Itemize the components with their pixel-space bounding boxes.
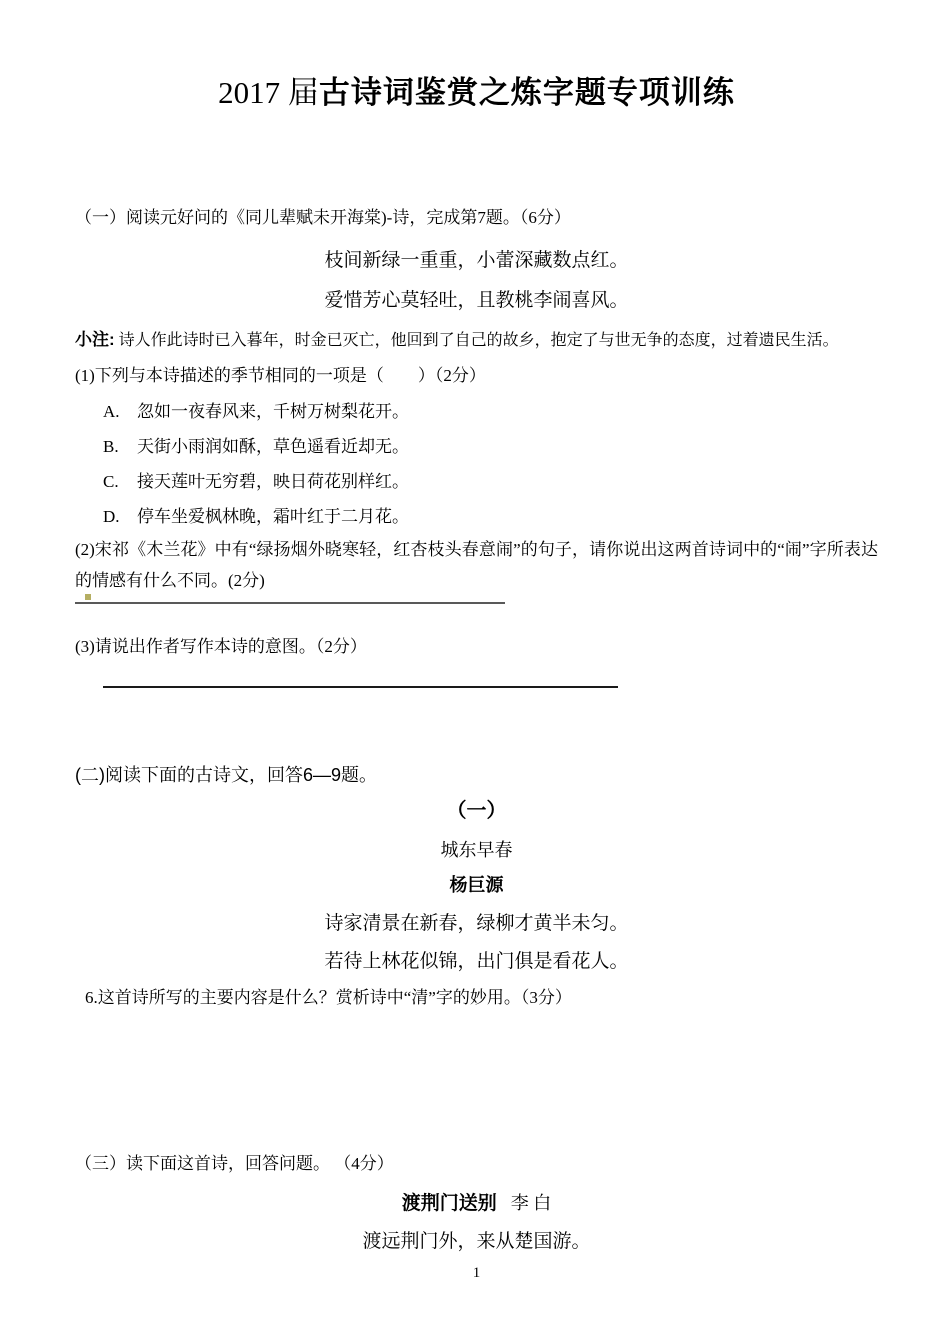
question-2: (2)宋祁《木兰花》中有“绿扬烟外晓寒轻，红杏枝头春意闹”的句子，请你说出这两首…	[75, 534, 878, 596]
exam-paper-page: 2017 届古诗词鉴赏之炼字题专项训练 （一）阅读元好问的《同儿辈赋未开海棠)-…	[0, 0, 950, 1344]
section3-poem-line-1: 渡远荆门外，来从楚国游。	[75, 1229, 878, 1255]
section1-header: （一）阅读元好问的《同儿辈赋未开海棠)-诗，完成第7题。（6分）	[75, 205, 878, 231]
page-title-year: 2017 届	[218, 75, 319, 110]
option-d: D.停车坐爱枫林晚，霜叶红于二月花。	[103, 504, 878, 530]
question-1: (1)下列与本诗描述的季节相同的一项是（ ）（2分）	[75, 363, 878, 389]
note-text: 诗人作此诗时已入暮年，时金已灭亡，他回到了自己的故乡，抱定了与世无争的态度，过着…	[119, 332, 839, 349]
page-number: 1	[75, 1263, 878, 1283]
question-3: (3)请说出作者写作本诗的意图。（2分）	[75, 634, 878, 660]
section2-poem-title: 城东早春	[75, 837, 878, 863]
option-c-label: C.	[103, 469, 137, 495]
question-6: 6.这首诗所写的主要内容是什么？赏析诗中“清”字的妙用。（3分）	[85, 985, 878, 1011]
section2-poem-line-2: 若待上林花似锦，出门俱是看花人。	[75, 949, 878, 975]
answer-rule-1-line	[75, 602, 505, 604]
answer-rule-2	[103, 682, 618, 688]
option-d-label: D.	[103, 504, 137, 530]
note-label: 小注:	[75, 330, 115, 349]
option-c-text: 接天莲叶无穷碧，映日荷花别样红。	[137, 472, 409, 491]
comment-marker-square	[85, 594, 91, 600]
option-b-label: B.	[103, 434, 137, 460]
section2-poem-line-1: 诗家清景在新春，绿柳才黄半未匀。	[75, 911, 878, 937]
section3-title-line: 渡荆门送别李 白	[75, 1189, 878, 1219]
section2-poet: 杨巨源	[75, 872, 878, 898]
answer-rule-1	[75, 596, 505, 604]
option-b: B.天街小雨润如酥，草色遥看近却无。	[103, 434, 878, 460]
section3-poem-title: 渡荆门送别	[402, 1193, 497, 1214]
option-d-text: 停车坐爱枫林晚，霜叶红于二月花。	[137, 507, 409, 526]
section3-poet: 李 白	[511, 1193, 552, 1213]
page-title-text: 古诗词鉴赏之炼字题专项训练	[319, 75, 735, 110]
poem-note: 小注:诗人作此诗时已入暮年，时金已灭亡，他回到了自己的故乡，抱定了与世无争的态度…	[75, 327, 878, 354]
section2-header: (二)阅读下面的古诗文，回答6—9题。	[75, 762, 878, 788]
section3-header: （三）读下面这首诗，回答问题。 （4分）	[75, 1151, 878, 1177]
option-a-text: 忽如一夜春风来，千树万树梨花开。	[137, 402, 409, 421]
section1-poem-line-1: 枝间新绿一重重，小蕾深藏数点红。	[75, 248, 878, 274]
page-title: 2017 届古诗词鉴赏之炼字题专项训练	[75, 70, 878, 116]
option-a-label: A.	[103, 399, 137, 425]
option-c: C.接天莲叶无穷碧，映日荷花别样红。	[103, 469, 878, 495]
section1-poem-line-2: 爱惜芳心莫轻吐，且教桃李闹喜风。	[75, 288, 878, 314]
option-b-text: 天街小雨润如酥，草色遥看近却无。	[137, 437, 409, 456]
option-a: A.忽如一夜春风来，千树万树梨花开。	[103, 399, 878, 425]
section2-subheading: （一）	[75, 797, 878, 825]
